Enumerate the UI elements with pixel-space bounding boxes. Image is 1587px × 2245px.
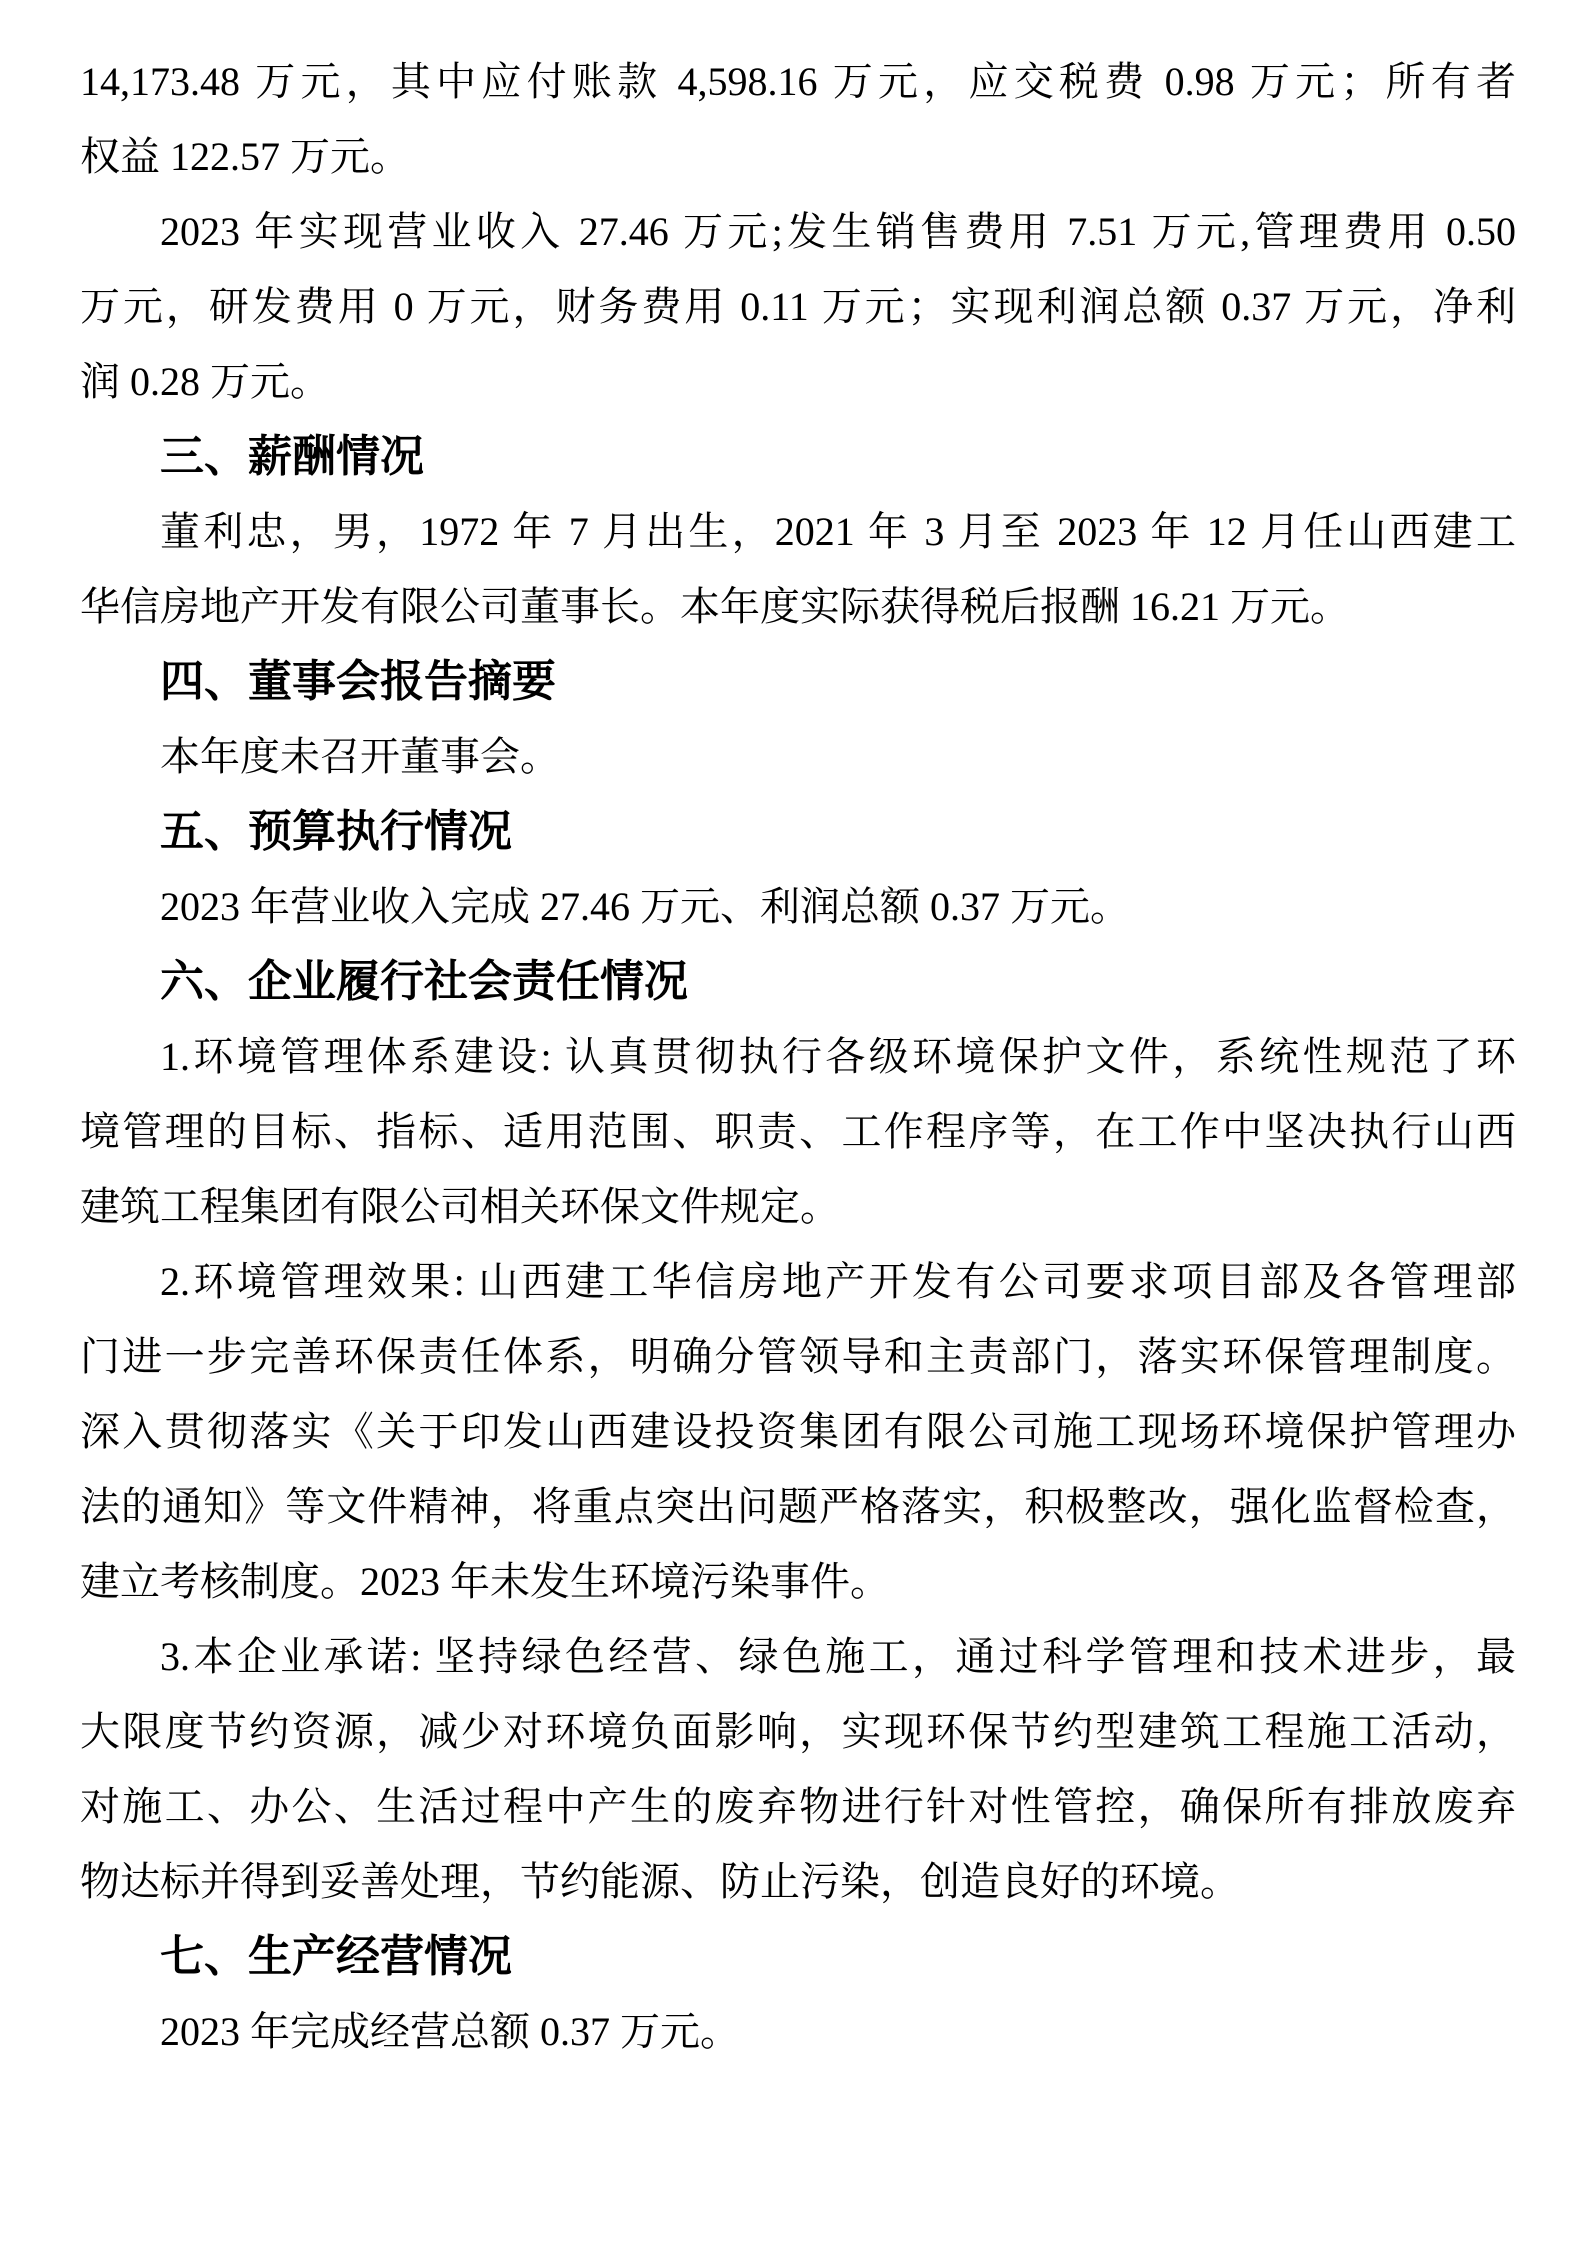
doc-line: 物达标并得到妥善处理，节约能源、防止污染，创造良好的环境。: [80, 1844, 1516, 1919]
doc-line: 华信房地产开发有限公司董事长。本年度实际获得税后报酬 16.21 万元。: [80, 569, 1516, 644]
doc-line: 万元，研发费用 0 万元，财务费用 0.11 万元；实现利润总额 0.37 万元…: [80, 269, 1516, 344]
doc-line: 2023 年营业收入完成 27.46 万元、利润总额 0.37 万元。: [80, 869, 1516, 944]
doc-line: 建筑工程集团有限公司相关环保文件规定。: [80, 1169, 1516, 1244]
doc-line: 大限度节约资源，减少对环境负面影响，实现环保节约型建筑工程施工活动，: [80, 1694, 1516, 1769]
section-heading: 五、预算执行情况: [80, 794, 1516, 869]
doc-line: 2023 年完成经营总额 0.37 万元。: [80, 1994, 1516, 2069]
document-content: 14,173.48 万元，其中应付账款 4,598.16 万元，应交税费 0.9…: [80, 44, 1516, 2069]
doc-line: 权益 122.57 万元。: [80, 119, 1516, 194]
doc-line: 2.环境管理效果: 山西建工华信房地产开发有公司要求项目部及各管理部: [80, 1244, 1516, 1319]
doc-line: 境管理的目标、指标、适用范围、职责、工作程序等，在工作中坚决执行山西: [80, 1094, 1516, 1169]
doc-line: 本年度未召开董事会。: [80, 719, 1516, 794]
document-page: 14,173.48 万元，其中应付账款 4,598.16 万元，应交税费 0.9…: [0, 0, 1587, 2245]
doc-line: 3.本企业承诺: 坚持绿色经营、绿色施工，通过科学管理和技术进步，最: [80, 1619, 1516, 1694]
section-heading: 四、董事会报告摘要: [80, 644, 1516, 719]
doc-line: 董利忠，男，1972 年 7 月出生，2021 年 3 月至 2023 年 12…: [80, 494, 1516, 569]
doc-line: 1.环境管理体系建设: 认真贯彻执行各级环境保护文件，系统性规范了环: [80, 1019, 1516, 1094]
doc-line: 门进一步完善环保责任体系，明确分管领导和主责部门，落实环保管理制度。: [80, 1319, 1516, 1394]
section-heading: 七、生产经营情况: [80, 1919, 1516, 1994]
doc-line: 14,173.48 万元，其中应付账款 4,598.16 万元，应交税费 0.9…: [80, 44, 1516, 119]
doc-line: 润 0.28 万元。: [80, 344, 1516, 419]
doc-line: 对施工、办公、生活过程中产生的废弃物进行针对性管控，确保所有排放废弃: [80, 1769, 1516, 1844]
doc-line: 法的通知》等文件精神，将重点突出问题严格落实，积极整改，强化监督检查，: [80, 1469, 1516, 1544]
doc-line: 深入贯彻落实《关于印发山西建设投资集团有限公司施工现场环境保护管理办: [80, 1394, 1516, 1469]
section-heading: 六、企业履行社会责任情况: [80, 944, 1516, 1019]
section-heading: 三、薪酬情况: [80, 419, 1516, 494]
doc-line: 建立考核制度。2023 年未发生环境污染事件。: [80, 1544, 1516, 1619]
doc-line: 2023 年实现营业收入 27.46 万元;发生销售费用 7.51 万元,管理费…: [80, 194, 1516, 269]
